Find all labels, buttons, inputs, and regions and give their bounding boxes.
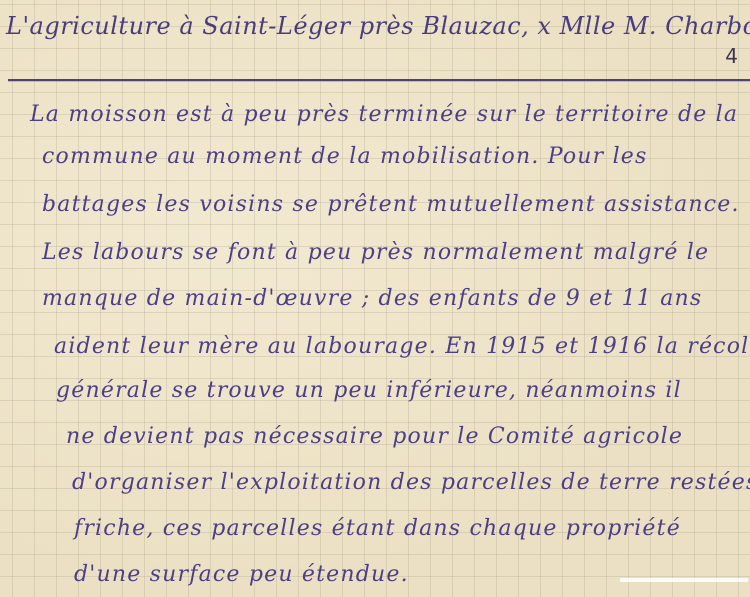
text-line-1: La moisson est à peu près terminée sur l… [30, 102, 738, 127]
text-line-9: d'organiser l'exploitation des parcelles… [72, 470, 750, 495]
text-line-7: générale se trouve un peu inférieure, né… [56, 378, 682, 403]
document-title: L'agriculture à Saint-Léger près Blauzac… [6, 12, 750, 40]
text-line-10: friche, ces parcelles étant dans chaque … [74, 516, 681, 541]
text-line-8: ne devient pas nécessaire pour le Comité… [66, 424, 683, 449]
text-line-3: battages les voisins se prêtent mutuelle… [42, 192, 740, 217]
text-line-6: aident leur mère au labourage. En 1915 e… [54, 334, 750, 359]
document-page: L'agriculture à Saint-Léger près Blauzac… [0, 0, 750, 597]
text-line-4: Les labours se font à peu près normaleme… [42, 240, 709, 265]
text-line-11: d'une surface peu étendue. [74, 562, 409, 587]
header-divider [8, 79, 750, 81]
archive-watermark [620, 578, 748, 582]
text-line-5: manque de main-d'œuvre ; des enfants de … [42, 286, 702, 311]
text-line-2: commune au moment de la mobilisation. Po… [42, 144, 648, 169]
page-number: 4 [725, 44, 738, 68]
